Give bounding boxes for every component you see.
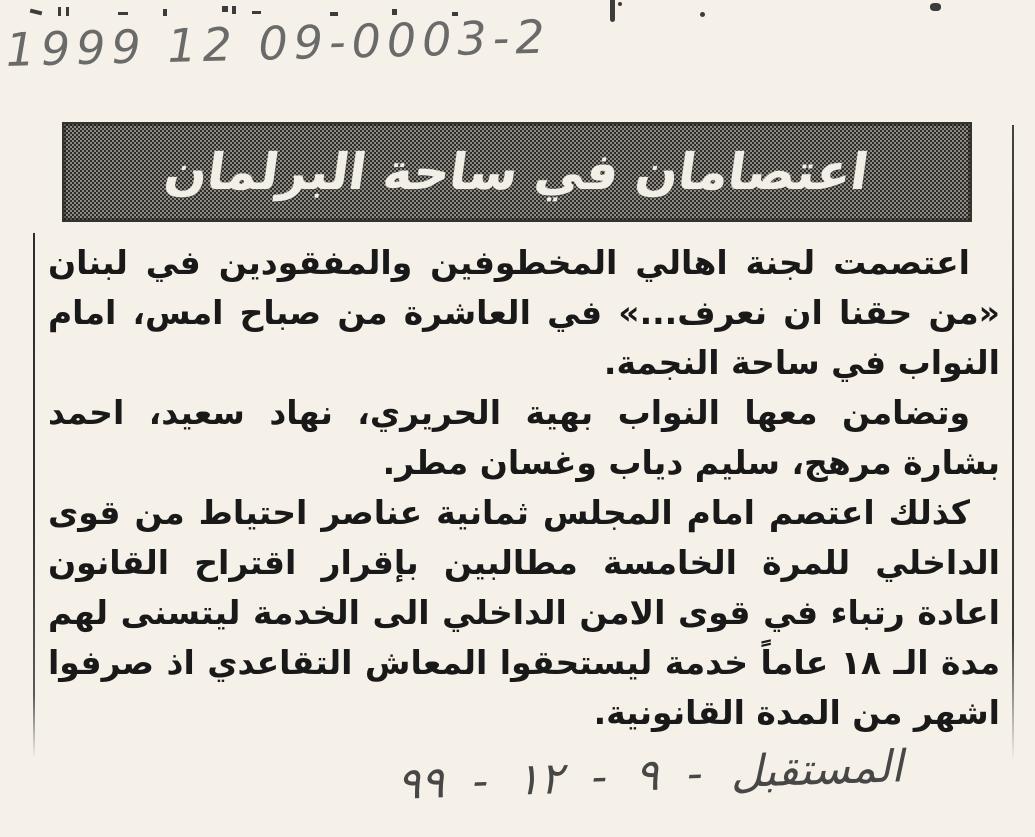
scan-artifact: [118, 12, 128, 15]
body-line: اعادة رتباء في قوى الامن الداخلي الى الخ…: [48, 588, 1000, 638]
scan-artifact: [30, 9, 43, 16]
column-rule-right: [1012, 125, 1014, 762]
archive-code-handwriting: 1999 12 09-0003-2: [5, 9, 567, 103]
column-rule-left: [33, 233, 35, 758]
scanned-newspaper-clipping: 1999 12 09-0003-2 اعتصامان في ساحة البرل…: [0, 0, 1035, 837]
body-line: وتضامن معها النواب بهية الحريري، نهاد سع…: [48, 388, 1000, 438]
body-line: النواب في ساحة النجمة.: [48, 338, 1000, 388]
scan-artifact: [610, 0, 615, 22]
scan-artifact: [163, 9, 167, 16]
scan-artifact: [252, 11, 261, 14]
scan-artifact: [222, 6, 228, 12]
body-line: بشارة مرهج، سليم دياب وغسان مطر.: [48, 438, 1000, 488]
article-body: اعتصمت لجنة اهالي المخطوفين والمفقودين ف…: [48, 238, 1000, 738]
scan-artifact: [58, 7, 61, 16]
body-line: اعتصمت لجنة اهالي المخطوفين والمفقودين ف…: [48, 238, 1000, 288]
body-line: مدة الـ ١٨ عاماً خدمة ليستحقوا المعاش ال…: [48, 638, 1000, 688]
scan-artifact: [66, 7, 69, 16]
source-date-handwriting: المستقبل - ٩ - ١٢ - ٩٩: [289, 737, 1010, 813]
scan-artifact: [618, 2, 622, 6]
scan-artifact: [930, 3, 941, 11]
body-line: الداخلي للمرة الخامسة مطالبين بإقرار اقت…: [48, 538, 1000, 588]
body-line: اشهر من المدة القانونية.: [48, 688, 1000, 738]
body-line: «من حقنا ان نعرف...» في العاشرة من صباح …: [48, 288, 1000, 338]
body-line: كذلك اعتصم امام المجلس ثمانية عناصر احتي…: [48, 488, 1000, 538]
headline-banner: اعتصامان في ساحة البرلمان: [62, 122, 972, 222]
headline-text: اعتصامان في ساحة البرلمان: [162, 147, 872, 197]
scan-artifact: [700, 12, 705, 17]
scan-artifact: [232, 6, 236, 14]
